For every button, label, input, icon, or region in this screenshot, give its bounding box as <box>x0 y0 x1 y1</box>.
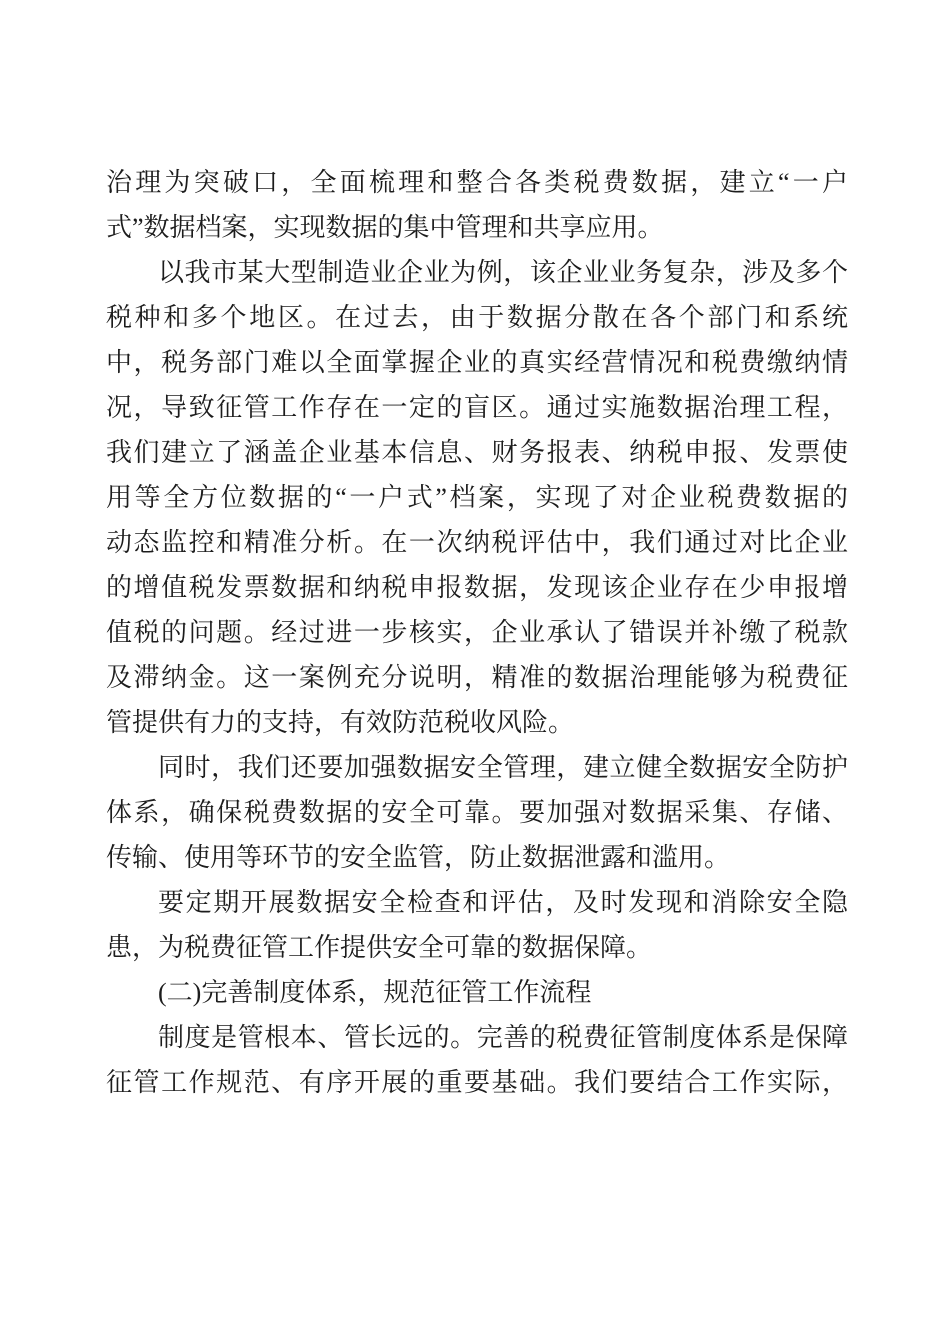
paragraph: 同时，我们还要加强数据安全管理，建立健全数据安全防护体系，确保税费数据的安全可靠… <box>106 745 848 880</box>
heading-line: (二)完善制度体系，规范征管工作流程 <box>106 970 848 1015</box>
text-line: 值税的问题。经过进一步核实，企业承认了错误并补缴了税款 <box>106 610 848 655</box>
document-body: 治理为突破口，全面梳理和整合各类税费数据，建立“一户式”数据档案，实现数据的集中… <box>106 160 848 1105</box>
paragraph: 制度是管根本、管长远的。完善的税费征管制度体系是保障征管工作规范、有序开展的重要… <box>106 1015 848 1105</box>
text-line: 治理为突破口，全面梳理和整合各类税费数据，建立“一户 <box>106 160 848 205</box>
text-line: 管提供有力的支持，有效防范税收风险。 <box>106 700 848 745</box>
text-line: 患，为税费征管工作提供安全可靠的数据保障。 <box>106 925 848 970</box>
text-line: 以我市某大型制造业企业为例，该企业业务复杂，涉及多个 <box>106 250 848 295</box>
text-line: 税种和多个地区。在过去，由于数据分散在各个部门和系统 <box>106 295 848 340</box>
text-line: 征管工作规范、有序开展的重要基础。我们要结合工作实际， <box>106 1060 848 1105</box>
text-line: 体系，确保税费数据的安全可靠。要加强对数据采集、存储、 <box>106 790 848 835</box>
page-canvas: 治理为突破口，全面梳理和整合各类税费数据，建立“一户式”数据档案，实现数据的集中… <box>0 0 950 1344</box>
text-line: 我们建立了涵盖企业基本信息、财务报表、纳税申报、发票使 <box>106 430 848 475</box>
text-line: 及滞纳金。这一案例充分说明，精准的数据治理能够为税费征 <box>106 655 848 700</box>
text-line: 制度是管根本、管长远的。完善的税费征管制度体系是保障 <box>106 1015 848 1060</box>
paragraph: 要定期开展数据安全检查和评估，及时发现和消除安全隐患，为税费征管工作提供安全可靠… <box>106 880 848 970</box>
text-line: 况，导致征管工作存在一定的盲区。通过实施数据治理工程， <box>106 385 848 430</box>
text-line: 动态监控和精准分析。在一次纳税评估中，我们通过对比企业 <box>106 520 848 565</box>
text-line: 式”数据档案，实现数据的集中管理和共享应用。 <box>106 205 848 250</box>
text-line: 同时，我们还要加强数据安全管理，建立健全数据安全防护 <box>106 745 848 790</box>
text-line: 传输、使用等环节的安全监管，防止数据泄露和滥用。 <box>106 835 848 880</box>
paragraph: 治理为突破口，全面梳理和整合各类税费数据，建立“一户式”数据档案，实现数据的集中… <box>106 160 848 250</box>
text-line: 用等全方位数据的“一户式”档案，实现了对企业税费数据的 <box>106 475 848 520</box>
section-heading: (二)完善制度体系，规范征管工作流程 <box>106 970 848 1015</box>
text-line: 要定期开展数据安全检查和评估，及时发现和消除安全隐 <box>106 880 848 925</box>
paragraph: 以我市某大型制造业企业为例，该企业业务复杂，涉及多个税种和多个地区。在过去，由于… <box>106 250 848 745</box>
text-line: 中，税务部门难以全面掌握企业的真实经营情况和税费缴纳情 <box>106 340 848 385</box>
text-line: 的增值税发票数据和纳税申报数据，发现该企业存在少申报增 <box>106 565 848 610</box>
document-page: { "page": { "width": 950, "height": 1344… <box>0 0 950 1344</box>
